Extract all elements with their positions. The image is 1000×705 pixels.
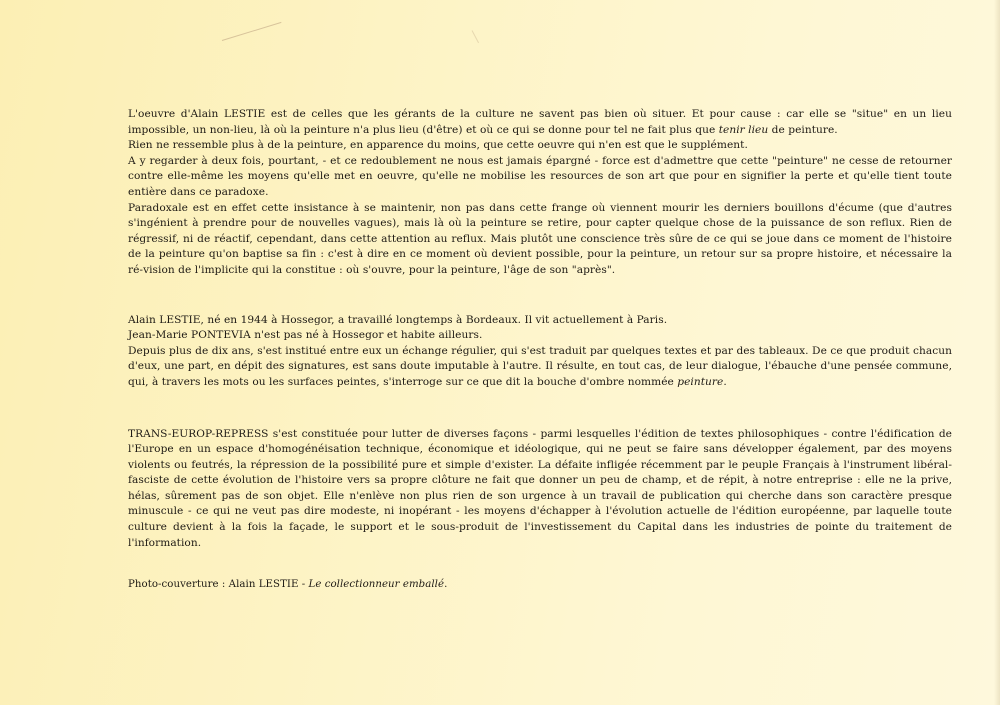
- italic-phrase: peinture: [677, 376, 723, 388]
- paragraph: A y regarder à deux fois, pourtant, - et…: [128, 154, 952, 201]
- paper-edge-shadow: [994, 0, 1000, 705]
- paragraph: Jean-Marie PONTEVIA n'est pas né à Hosse…: [128, 328, 952, 344]
- paper-scratch-mark: [472, 30, 479, 43]
- caption-prefix: Photo-couverture : Alain LESTIE -: [128, 579, 309, 590]
- paragraph-text: de peinture.: [768, 124, 837, 136]
- document-body: L'oeuvre d'Alain LESTIE est de celles qu…: [128, 107, 952, 603]
- paragraph: TRANS-EUROP-REPRESS s'est constituée pou…: [128, 427, 952, 552]
- paragraph: Alain LESTIE, né en 1944 à Hossegor, a t…: [128, 313, 952, 329]
- paragraph-text: .: [723, 376, 726, 388]
- section-oeuvre-description: L'oeuvre d'Alain LESTIE est de celles qu…: [128, 107, 952, 279]
- paragraph: Paradoxale est en effet cette insistance…: [128, 201, 952, 279]
- artwork-title: Le collectionneur emballé: [309, 579, 445, 590]
- italic-phrase: tenir lieu: [719, 124, 769, 136]
- section-authors-bio: Alain LESTIE, né en 1944 à Hossegor, a t…: [128, 313, 952, 391]
- caption-suffix: .: [444, 579, 447, 590]
- paragraph: L'oeuvre d'Alain LESTIE est de celles qu…: [128, 107, 952, 138]
- cover-photo-caption: Photo-couverture : Alain LESTIE - Le col…: [128, 577, 952, 593]
- paragraph: Rien ne ressemble plus à de la peinture,…: [128, 138, 952, 154]
- section-publisher-statement: TRANS-EUROP-REPRESS s'est constituée pou…: [128, 427, 952, 552]
- paragraph-text: Depuis plus de dix ans, s'est institué e…: [128, 345, 952, 388]
- paper-scratch-mark: [222, 22, 282, 41]
- paragraph: Depuis plus de dix ans, s'est institué e…: [128, 344, 952, 391]
